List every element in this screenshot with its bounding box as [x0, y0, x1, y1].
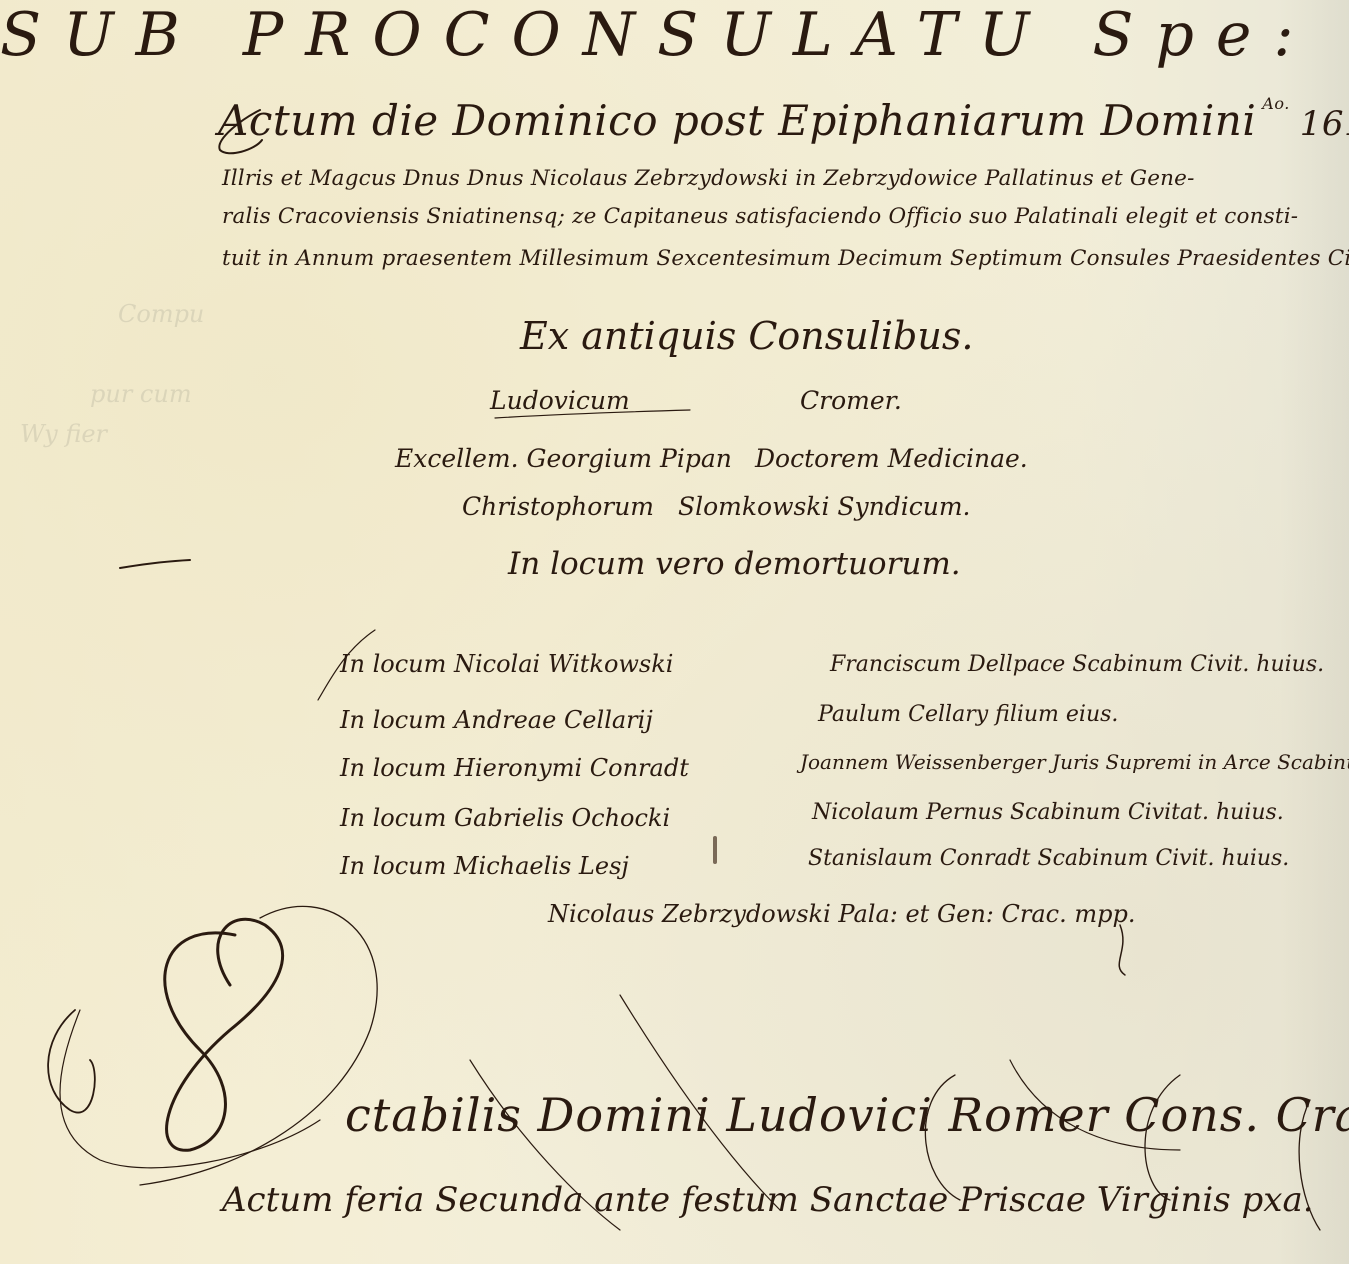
consul-name-left: Christophorum — [462, 492, 654, 521]
consul-name-left: Ludovicum — [490, 386, 630, 415]
bleed-through-text: Wy fier — [20, 420, 107, 448]
proconsulate-heading-line2: ctabilis Domini Ludovici Romer Cons. Cra… — [345, 1088, 1349, 1142]
intro-line: tuit in Annum praesentem Millesimum Sexc… — [222, 246, 1349, 271]
appointed-entry: Stanislaum Conradt Scabinum Civit. huius… — [808, 846, 1289, 871]
entry-heading: Actum die Dominico post Epiphaniarum Dom… — [218, 96, 1349, 145]
appointed-entry: Joannem Weissenberger Juris Supremi in A… — [800, 750, 1349, 774]
intro-line: ralis Cracoviensis Sniatinensq; ze Capit… — [222, 204, 1298, 229]
signature: Nicolaus Zebrzydowski Pala: et Gen: Crac… — [548, 900, 1135, 928]
page-edge-shadow — [1279, 0, 1349, 1264]
in-locum-entry: In locum Michaelis Lesj — [340, 852, 629, 880]
section-heading-deceased: In locum vero demortuorum. — [508, 546, 961, 582]
in-locum-entry: In locum Andreae Cellarij — [340, 706, 653, 734]
in-locum-entry: In locum Nicolai Witkowski — [340, 650, 673, 678]
bleed-through-text: Compu — [118, 300, 204, 328]
in-locum-entry: In locum Hieronymi Conradt — [340, 754, 689, 782]
manuscript-page: Compu pur cum Wy fier Actum die Dominico… — [0, 0, 1349, 1264]
cutoff-text-line — [232, 1244, 239, 1264]
intro-line: Illris et Magcus Dnus Dnus Nicolaus Zebr… — [222, 166, 1195, 191]
appointed-entry: Paulum Cellary filium eius. — [818, 702, 1118, 727]
heading-year: 1617. — [1300, 104, 1349, 144]
appointed-entry: Nicolaum Pernus Scabinum Civitat. huius. — [812, 800, 1284, 825]
section-heading-old-consuls: Ex antiquis Consulibus. — [520, 314, 973, 358]
consul-name-right: Doctorem Medicinae. — [755, 444, 1028, 473]
second-entry-heading: Actum feria Secunda ante festum Sanctae … — [222, 1180, 1314, 1220]
proconsulate-heading-line1: SUB PROCONSULATU Spe: — [0, 0, 1349, 70]
bleed-through-text: pur cum — [90, 380, 192, 408]
anno-superscript: Ao. — [1262, 94, 1290, 113]
in-locum-entry: In locum Gabrielis Ochocki — [340, 804, 670, 832]
heading-text: Actum die Dominico post Epiphaniarum Dom… — [218, 96, 1256, 145]
consul-name-right: Cromer. — [800, 386, 902, 415]
consul-name-right: Slomkowski Syndicum. — [678, 492, 971, 521]
consul-name-left: Excellem. Georgium Pipan — [395, 444, 732, 473]
appointed-entry: Franciscum Dellpace Scabinum Civit. huiu… — [830, 652, 1324, 677]
